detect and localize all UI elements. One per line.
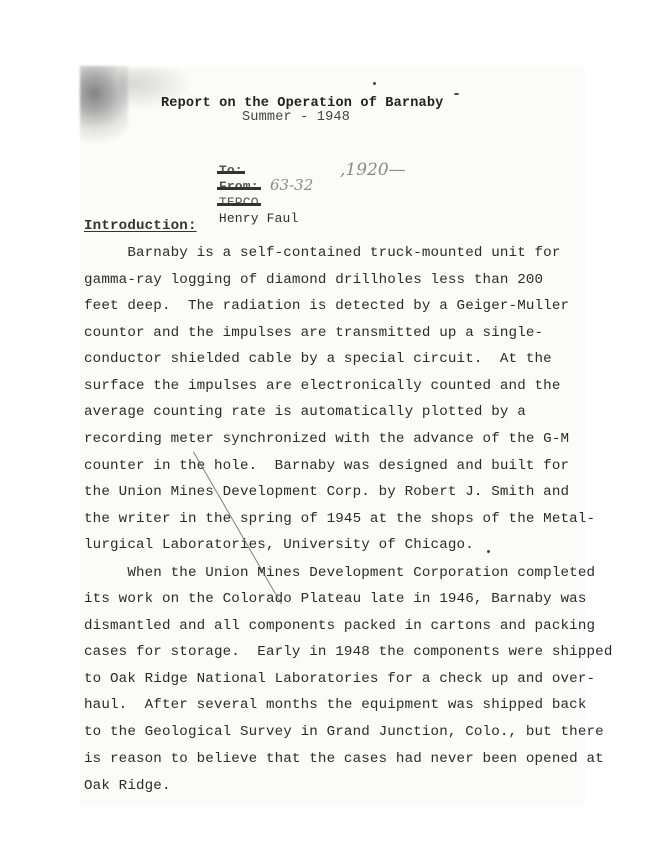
from-label: From: xyxy=(219,179,259,194)
body-line: Oak Ridge. xyxy=(84,778,171,794)
body-line: its work on the Colorado Plateau late in… xyxy=(84,591,587,607)
body-line: is reason to believe that the cases had … xyxy=(84,751,604,767)
body-line: feet deep. The radiation is detected by … xyxy=(84,298,569,314)
from-line: From: Henry Faul xyxy=(203,163,298,227)
handwritten-note: ,1920— xyxy=(340,160,406,180)
handwritten-note: 63-32 xyxy=(270,176,313,194)
scan-speck xyxy=(454,93,459,95)
scan-speck xyxy=(373,82,376,85)
body-line: Barnaby is a self-contained truck-mounte… xyxy=(84,245,561,261)
section-heading: Introduction: xyxy=(84,218,197,234)
body-line: to Oak Ridge National Laboratories for a… xyxy=(84,671,595,687)
body-line: lurgical Laboratories, University of Chi… xyxy=(84,537,474,553)
body-line: average counting rate is automatically p… xyxy=(84,404,526,420)
body-line: surface the impulses are electronically … xyxy=(84,378,561,394)
body-line: the Union Mines Development Corp. by Rob… xyxy=(84,484,569,500)
body-line: gamma-ray logging of diamond drillholes … xyxy=(84,272,543,288)
body-line: When the Union Mines Development Corpora… xyxy=(84,565,595,581)
body-line: dismantled and all components packed in … xyxy=(84,618,595,634)
scan-speck xyxy=(487,550,490,553)
document-subtitle: Summer - 1948 xyxy=(242,110,350,126)
body-line: counter in the hole. Barnaby was designe… xyxy=(84,458,569,474)
body-line: the writer in the spring of 1945 at the … xyxy=(84,511,595,527)
body-line: cases for storage. Early in 1948 the com… xyxy=(84,644,613,660)
body-line: countor and the impulses are transmitted… xyxy=(84,325,543,341)
body-line: to the Geological Survey in Grand Juncti… xyxy=(84,724,604,740)
body-line: conductor shielded cable by a special ci… xyxy=(84,351,552,367)
body-line: recording meter synchronized with the ad… xyxy=(84,431,569,447)
from-author: Henry Faul xyxy=(219,211,299,226)
body-line: haul. After several months the equipment… xyxy=(84,697,587,713)
